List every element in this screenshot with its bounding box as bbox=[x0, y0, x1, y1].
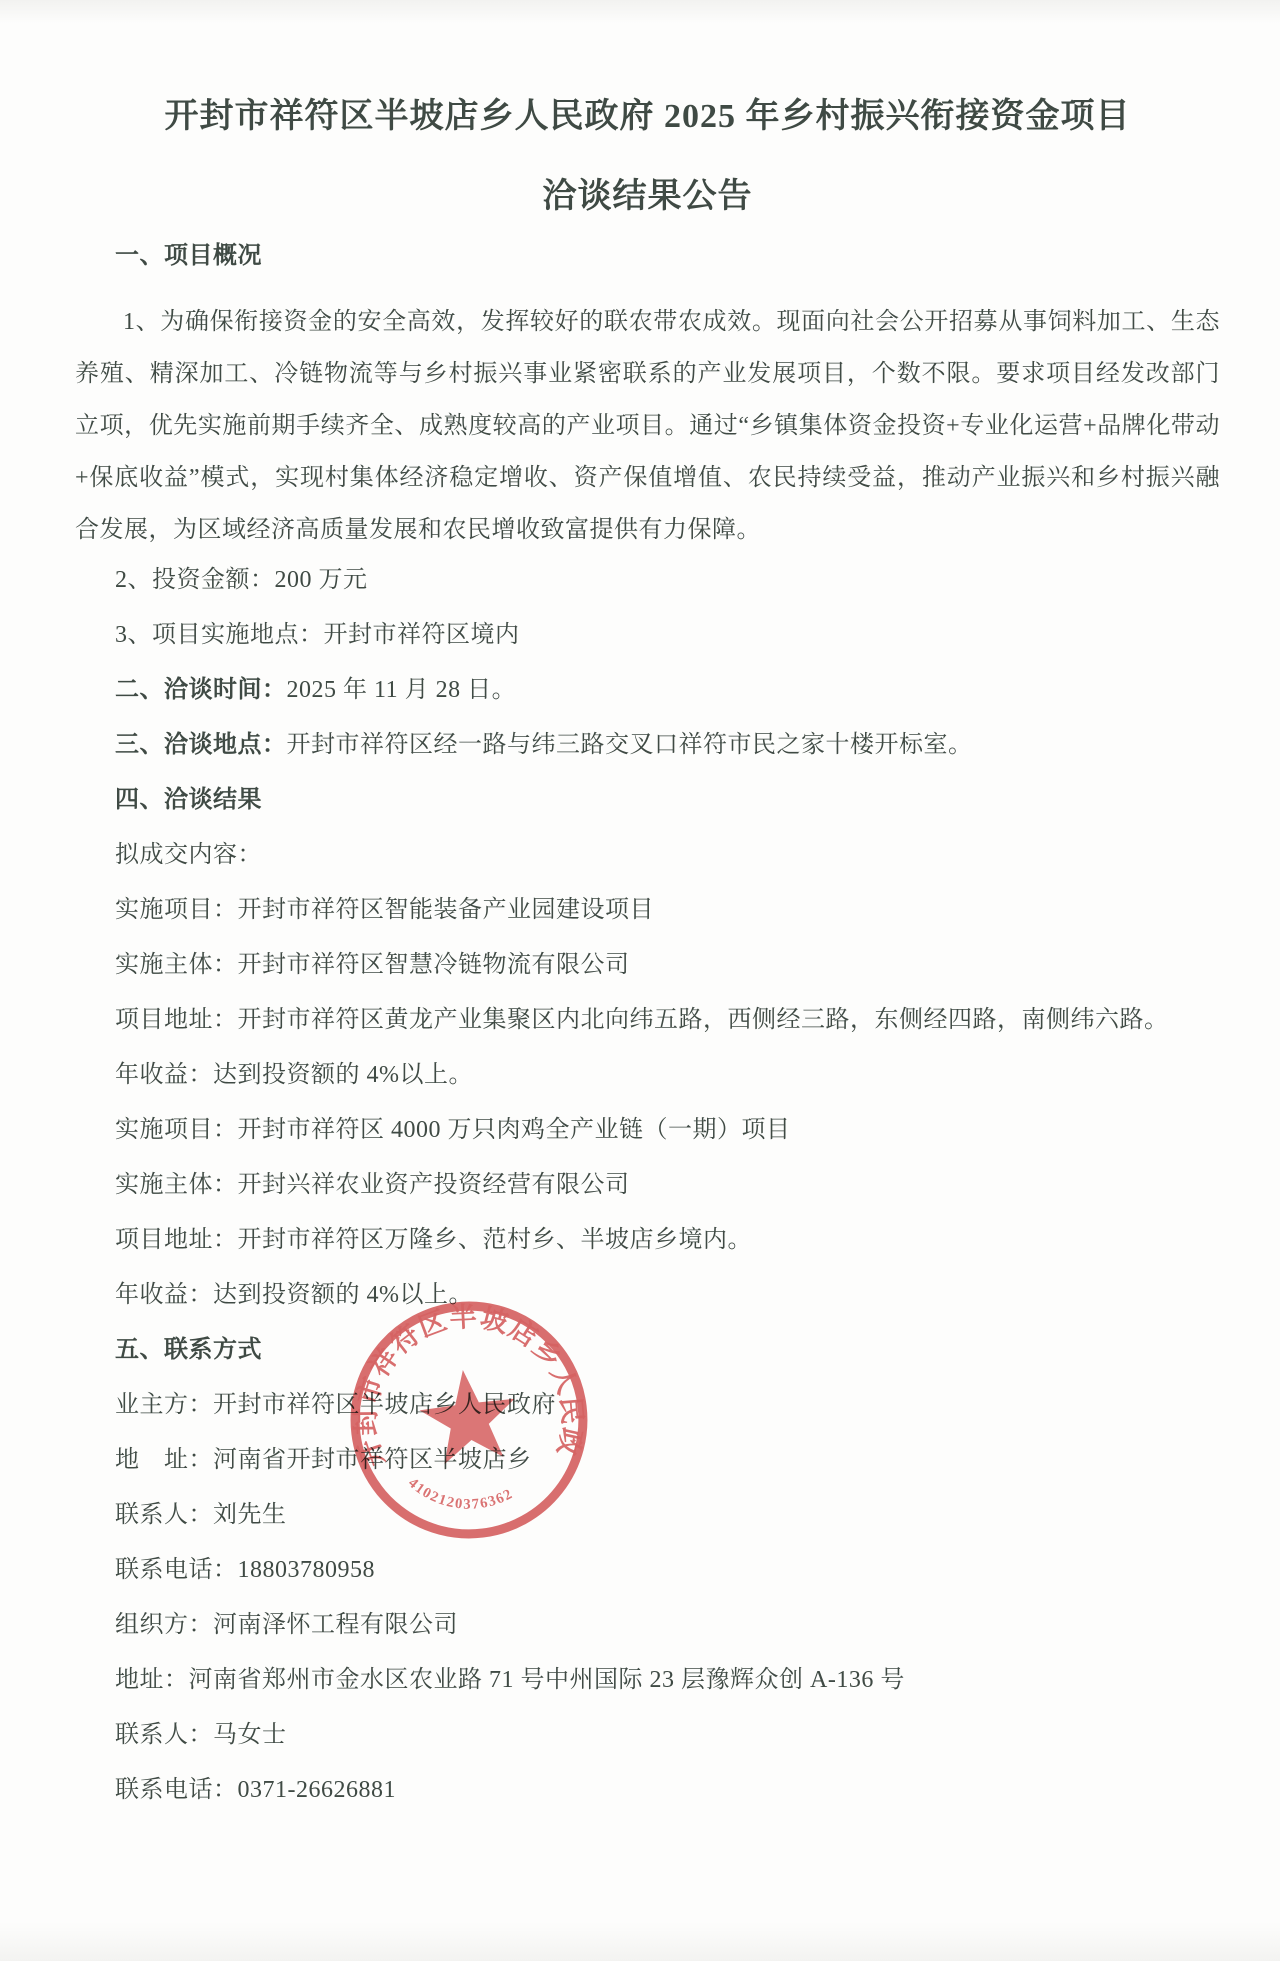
line-organizer-address: 地址：河南省郑州市金水区农业路 71 号中州国际 23 层豫辉众创 A-136 … bbox=[75, 1665, 1220, 1695]
line-owner-phone: 联系电话：18803780958 bbox=[75, 1555, 1220, 1585]
line-project2-name: 实施项目：开封市祥符区 4000 万只肉鸡全产业链（一期）项目 bbox=[75, 1115, 1220, 1145]
line-organizer-phone: 联系电话：0371-26626881 bbox=[75, 1775, 1220, 1805]
negotiation-time-label: 二、洽谈时间： bbox=[115, 677, 287, 703]
line-project1-name: 实施项目：开封市祥符区智能装备产业园建设项目 bbox=[75, 895, 1220, 925]
line-project2-entity: 实施主体：开封兴祥农业资产投资经营有限公司 bbox=[75, 1170, 1220, 1200]
line-project-location: 3、项目实施地点：开封市祥符区境内 bbox=[75, 620, 1220, 650]
line-organizer: 组织方：河南泽怀工程有限公司 bbox=[75, 1610, 1220, 1640]
line-project1-address: 项目地址：开封市祥符区黄龙产业集聚区内北向纬五路，西侧经三路，东侧经四路，南侧纬… bbox=[75, 1005, 1220, 1035]
document-title-line2: 洽谈结果公告 bbox=[75, 175, 1220, 219]
line-project1-entity: 实施主体：开封市祥符区智慧冷链物流有限公司 bbox=[75, 950, 1220, 980]
line-negotiation-place: 三、洽谈地点：开封市祥符区经一路与纬三路交叉口祥符市民之家十楼开标室。 bbox=[75, 730, 1220, 760]
document-body: 一、项目概况 1、为确保衔接资金的安全高效，发挥较好的联农带农成效。现面向社会公… bbox=[75, 241, 1220, 1805]
line-owner-address: 地 址：河南省开封市祥符区半坡店乡 bbox=[75, 1445, 1220, 1475]
heading-negotiation-result: 四、洽谈结果 bbox=[75, 785, 1220, 815]
line-project2-yield: 年收益：达到投资额的 4%以上。 bbox=[75, 1280, 1220, 1310]
para-project-description: 1、为确保衔接资金的安全高效，发挥较好的联农带农成效。现面向社会公开招募从事饲料… bbox=[75, 296, 1220, 556]
line-negotiation-time: 二、洽谈时间：2025 年 11 月 28 日。 bbox=[75, 675, 1220, 705]
negotiation-place-label: 三、洽谈地点： bbox=[115, 732, 287, 758]
line-organizer-contact-person: 联系人：马女士 bbox=[75, 1720, 1220, 1750]
negotiation-time-value: 2025 年 11 月 28 日。 bbox=[287, 677, 517, 703]
line-project2-address: 项目地址：开封市祥符区万隆乡、范村乡、半坡店乡境内。 bbox=[75, 1225, 1220, 1255]
line-owner-contact-person: 联系人：刘先生 bbox=[75, 1500, 1220, 1530]
document-title-line1: 开封市祥符区半坡店乡人民政府 2025 年乡村振兴衔接资金项目 bbox=[75, 95, 1220, 139]
line-investment-amount: 2、投资金额：200 万元 bbox=[75, 565, 1220, 595]
negotiation-place-value: 开封市祥符区经一路与纬三路交叉口祥符市民之家十楼开标室。 bbox=[287, 732, 973, 758]
line-owner-party: 业主方：开封市祥符区半坡店乡人民政府 bbox=[75, 1390, 1220, 1420]
line-intended-deal: 拟成交内容： bbox=[75, 840, 1220, 870]
heading-contact-info: 五、联系方式 bbox=[75, 1335, 1220, 1365]
line-project1-yield: 年收益：达到投资额的 4%以上。 bbox=[75, 1060, 1220, 1090]
document-page: 开封市祥符区半坡店乡人民政府 2025 年乡村振兴衔接资金项目 洽谈结果公告 一… bbox=[0, 0, 1280, 1961]
heading-project-overview: 一、项目概况 bbox=[75, 241, 1220, 271]
